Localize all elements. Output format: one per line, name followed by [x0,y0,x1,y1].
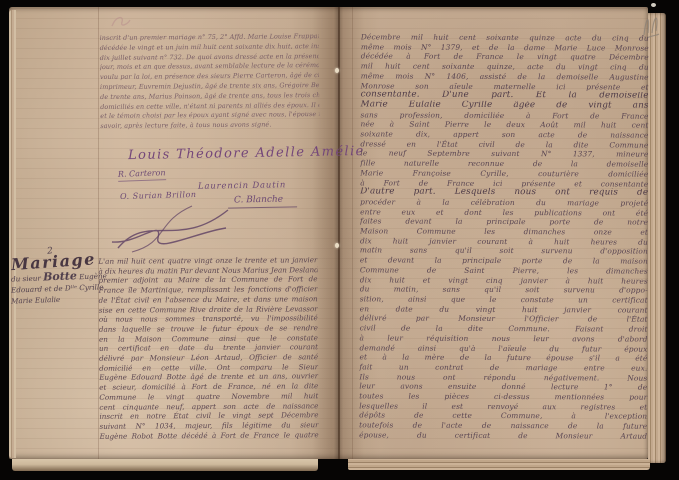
binding-stitch-top [335,68,339,73]
scanned-register-photo: inscrit d'un premier mariage n° 75, 2° A… [0,0,679,480]
right-page-margin-fold [352,7,353,459]
underlying-page-edge-left [12,459,318,471]
left-page-closing-paragraph: inscrit d'un premier mariage n° 75, 2° A… [100,32,320,132]
binding-crease [338,7,340,459]
right-page-act-paragraph: Décembre mil huit cent soixante quinze a… [359,32,649,441]
left-page-act-paragraph: L'an mil huit cent quatre vingt onze le … [98,255,318,441]
margin-bride-name-2: Marie Eulalie [11,292,101,306]
signature-witness-2: Laurencin Dautin [198,180,286,192]
book-fore-edge-pages [648,13,666,463]
underlying-page-edge-right [348,459,650,470]
ink-smudge-icon [106,10,136,34]
signature-witness-1: R. Carteron [118,168,166,182]
signature-paraph-flourish-icon [108,198,268,254]
left-page-torn-edge [9,10,16,458]
margin-act-label: 2 Mariage du sieur Botte Eugène Edouard … [11,244,101,305]
binding-stitch-bottom [335,243,339,248]
